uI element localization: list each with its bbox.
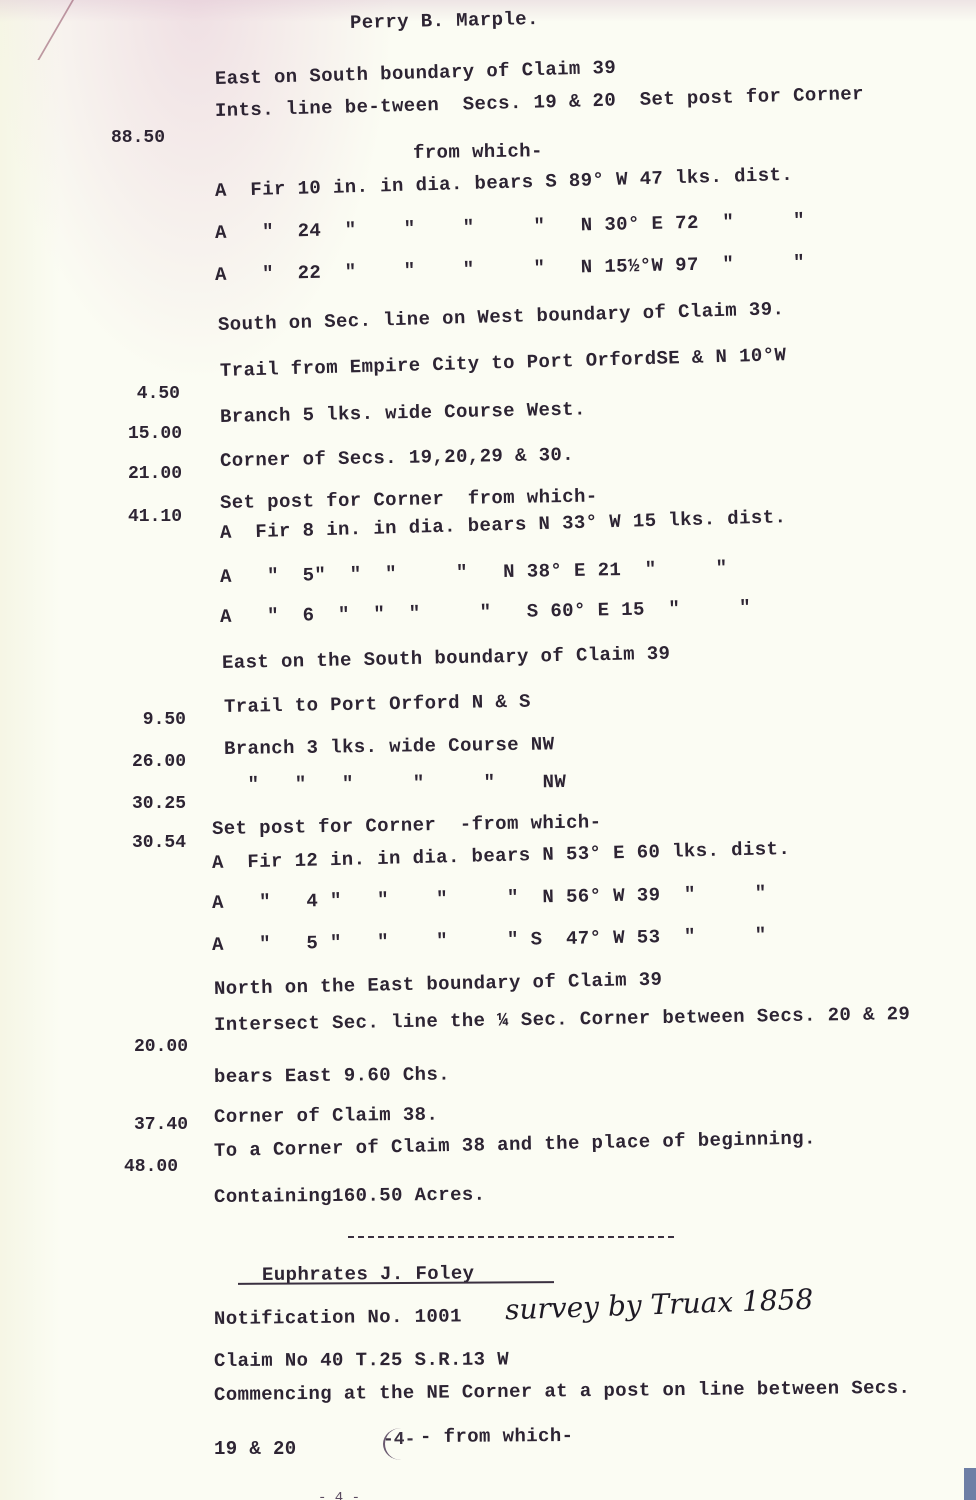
station-number: 30.25 — [96, 794, 186, 814]
note-line: bears East 9.60 Chs. — [214, 1064, 450, 1088]
section-divider — [348, 1236, 674, 1238]
note-line: from which- — [413, 140, 543, 164]
station-number: 26.00 — [96, 752, 186, 772]
station-number: 37.40 — [98, 1115, 188, 1135]
document-header: Perry B. Marple. — [350, 8, 539, 34]
from-which-line: - from which- — [420, 1425, 574, 1448]
station-number: 21.00 — [92, 464, 182, 484]
page-number: -4- — [383, 1430, 415, 1450]
scan-edge — [964, 1468, 976, 1500]
station-number: 48.00 — [88, 1157, 178, 1177]
station-number: 9.50 — [96, 710, 186, 730]
note-line: Corner of Claim 38. — [214, 1104, 438, 1128]
station-number: 41.10 — [92, 507, 182, 527]
bottom-page-mark: - 4 - — [318, 1490, 360, 1500]
note-line: Branch 3 lks. wide Course NW — [224, 733, 555, 760]
station-number: 15.00 — [92, 424, 182, 444]
notification-number: Notification No. 1001 — [214, 1305, 462, 1330]
sections-line: 19 & 20 — [214, 1438, 297, 1460]
station-number: 20.00 — [98, 1037, 188, 1057]
station-number: 30.54 — [96, 833, 186, 853]
station-number: 88.50 — [75, 128, 165, 148]
claim-number: Claim No 40 T.25 S.R.13 W — [214, 1348, 509, 1372]
note-line: " " " " " NW — [224, 771, 566, 796]
station-number: 4.50 — [90, 384, 180, 404]
acreage-line: Containing160.50 Acres. — [214, 1184, 486, 1208]
